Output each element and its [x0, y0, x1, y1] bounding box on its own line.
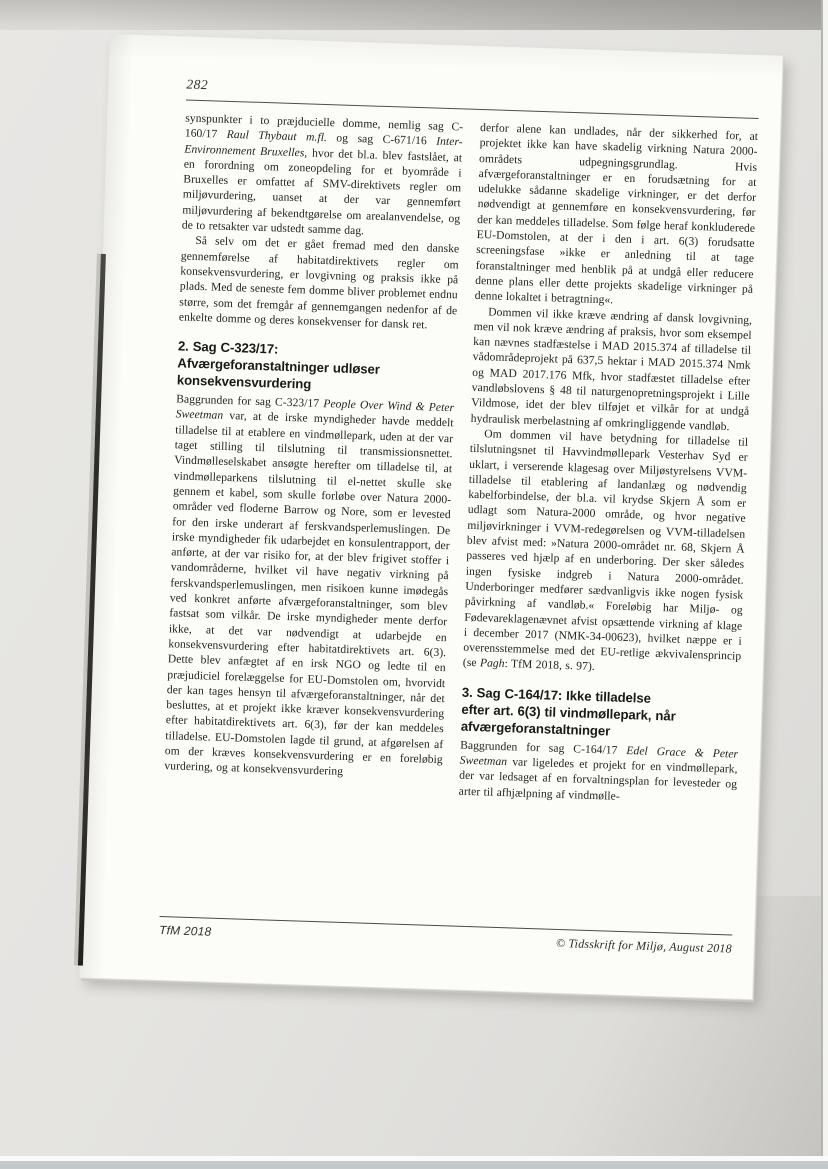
- paragraph: Baggrunden for sag C-323/17 People Over …: [164, 391, 454, 782]
- scanned-page: 282 synspunkter i to præjducielle domme,…: [80, 34, 783, 999]
- scanner-top-shadow: [0, 0, 828, 30]
- text-columns: synspunkter i to præjducielle domme, nem…: [164, 110, 759, 807]
- scan-bottom-band: [0, 1161, 828, 1169]
- section-heading: 3. Sag C-164/17: Ikke tilladelse efter a…: [461, 683, 741, 743]
- footer-journal-label: TfM 2018: [159, 923, 212, 939]
- section-heading: 2. Sag C-323/17: Afværgeforanstaltninger…: [177, 338, 457, 398]
- paragraph: Om dommen vil have betydning for tillade…: [463, 426, 749, 680]
- paragraph: synspunkter i to præjducielle domme, nem…: [182, 110, 464, 241]
- page-content: 282 synspunkter i to præjducielle domme,…: [80, 34, 783, 999]
- scan-right-edge-line: [821, 0, 823, 1169]
- column-right: derfor alene kan undlades, når der sikke…: [459, 120, 759, 807]
- paragraph: Så selv om det er gået fremad med den da…: [179, 233, 460, 334]
- page-number: 282: [186, 76, 759, 110]
- paragraph: derfor alene kan undlades, når der sikke…: [474, 120, 758, 312]
- paragraph: Dommen vil ikke kræve ændring af dansk l…: [471, 303, 753, 434]
- column-left: synspunkter i to præjducielle domme, nem…: [164, 110, 464, 797]
- paragraph: Baggrunden for sag C-164/17 Edel Grace &…: [459, 737, 739, 807]
